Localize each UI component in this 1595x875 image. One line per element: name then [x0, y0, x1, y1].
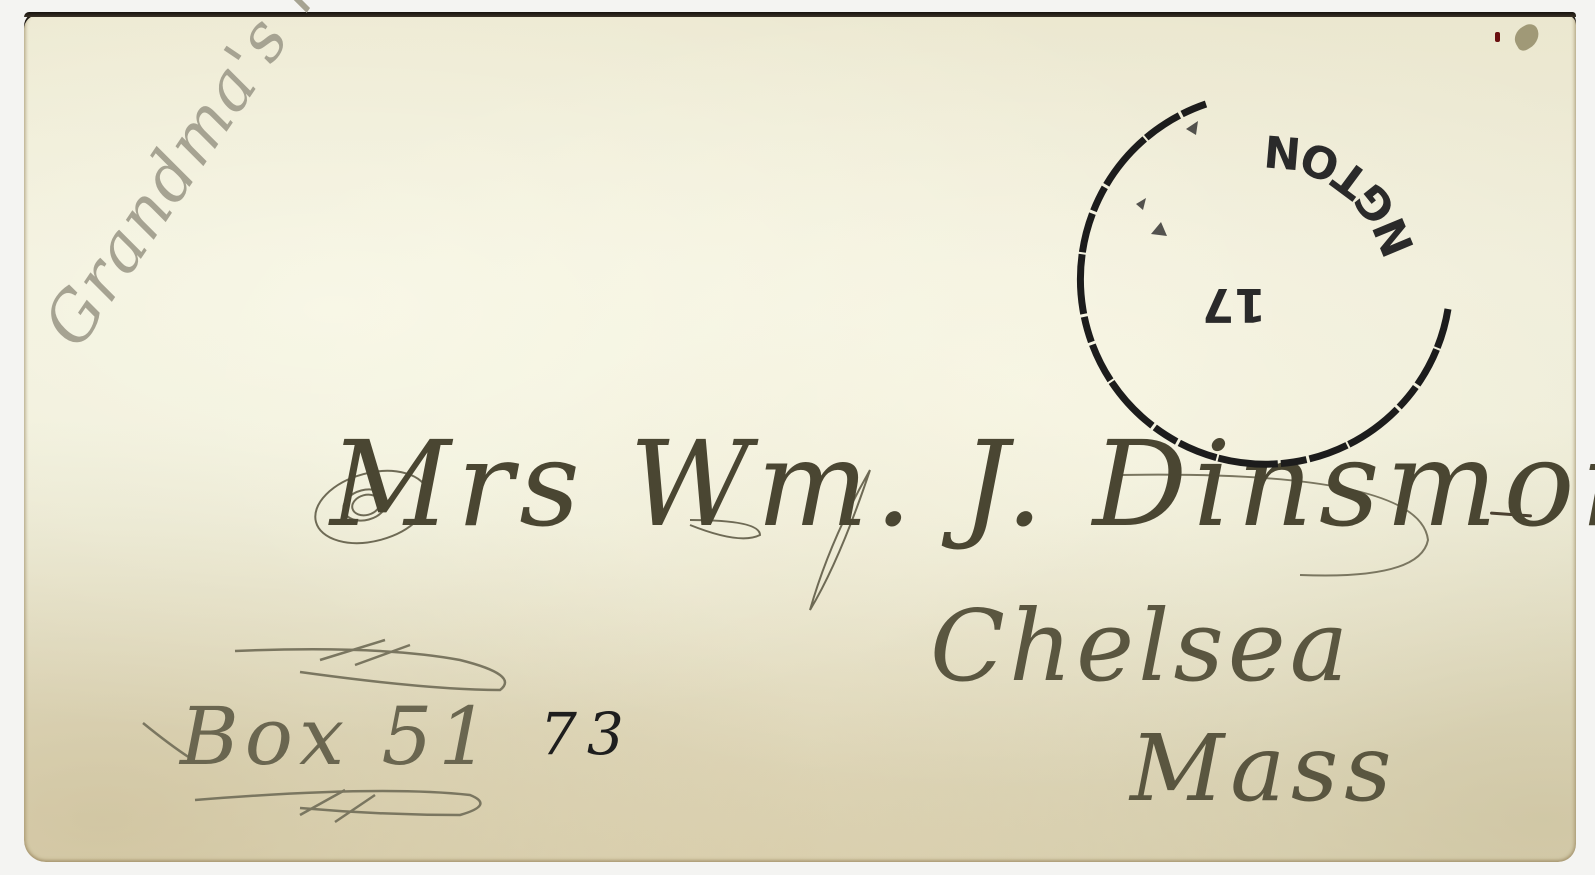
- svg-text:NGTON: NGTON: [1256, 124, 1425, 264]
- address-state: Mass: [1130, 715, 1397, 822]
- address-city: Chelsea: [930, 590, 1352, 704]
- number-annotation: 73: [540, 700, 634, 768]
- postmark-date: 17: [1202, 278, 1266, 332]
- postmark-town: NGTON: [1256, 124, 1425, 264]
- postmark-stamp: NGTON 17: [1076, 94, 1458, 476]
- box-annotation: Box 51: [180, 690, 495, 783]
